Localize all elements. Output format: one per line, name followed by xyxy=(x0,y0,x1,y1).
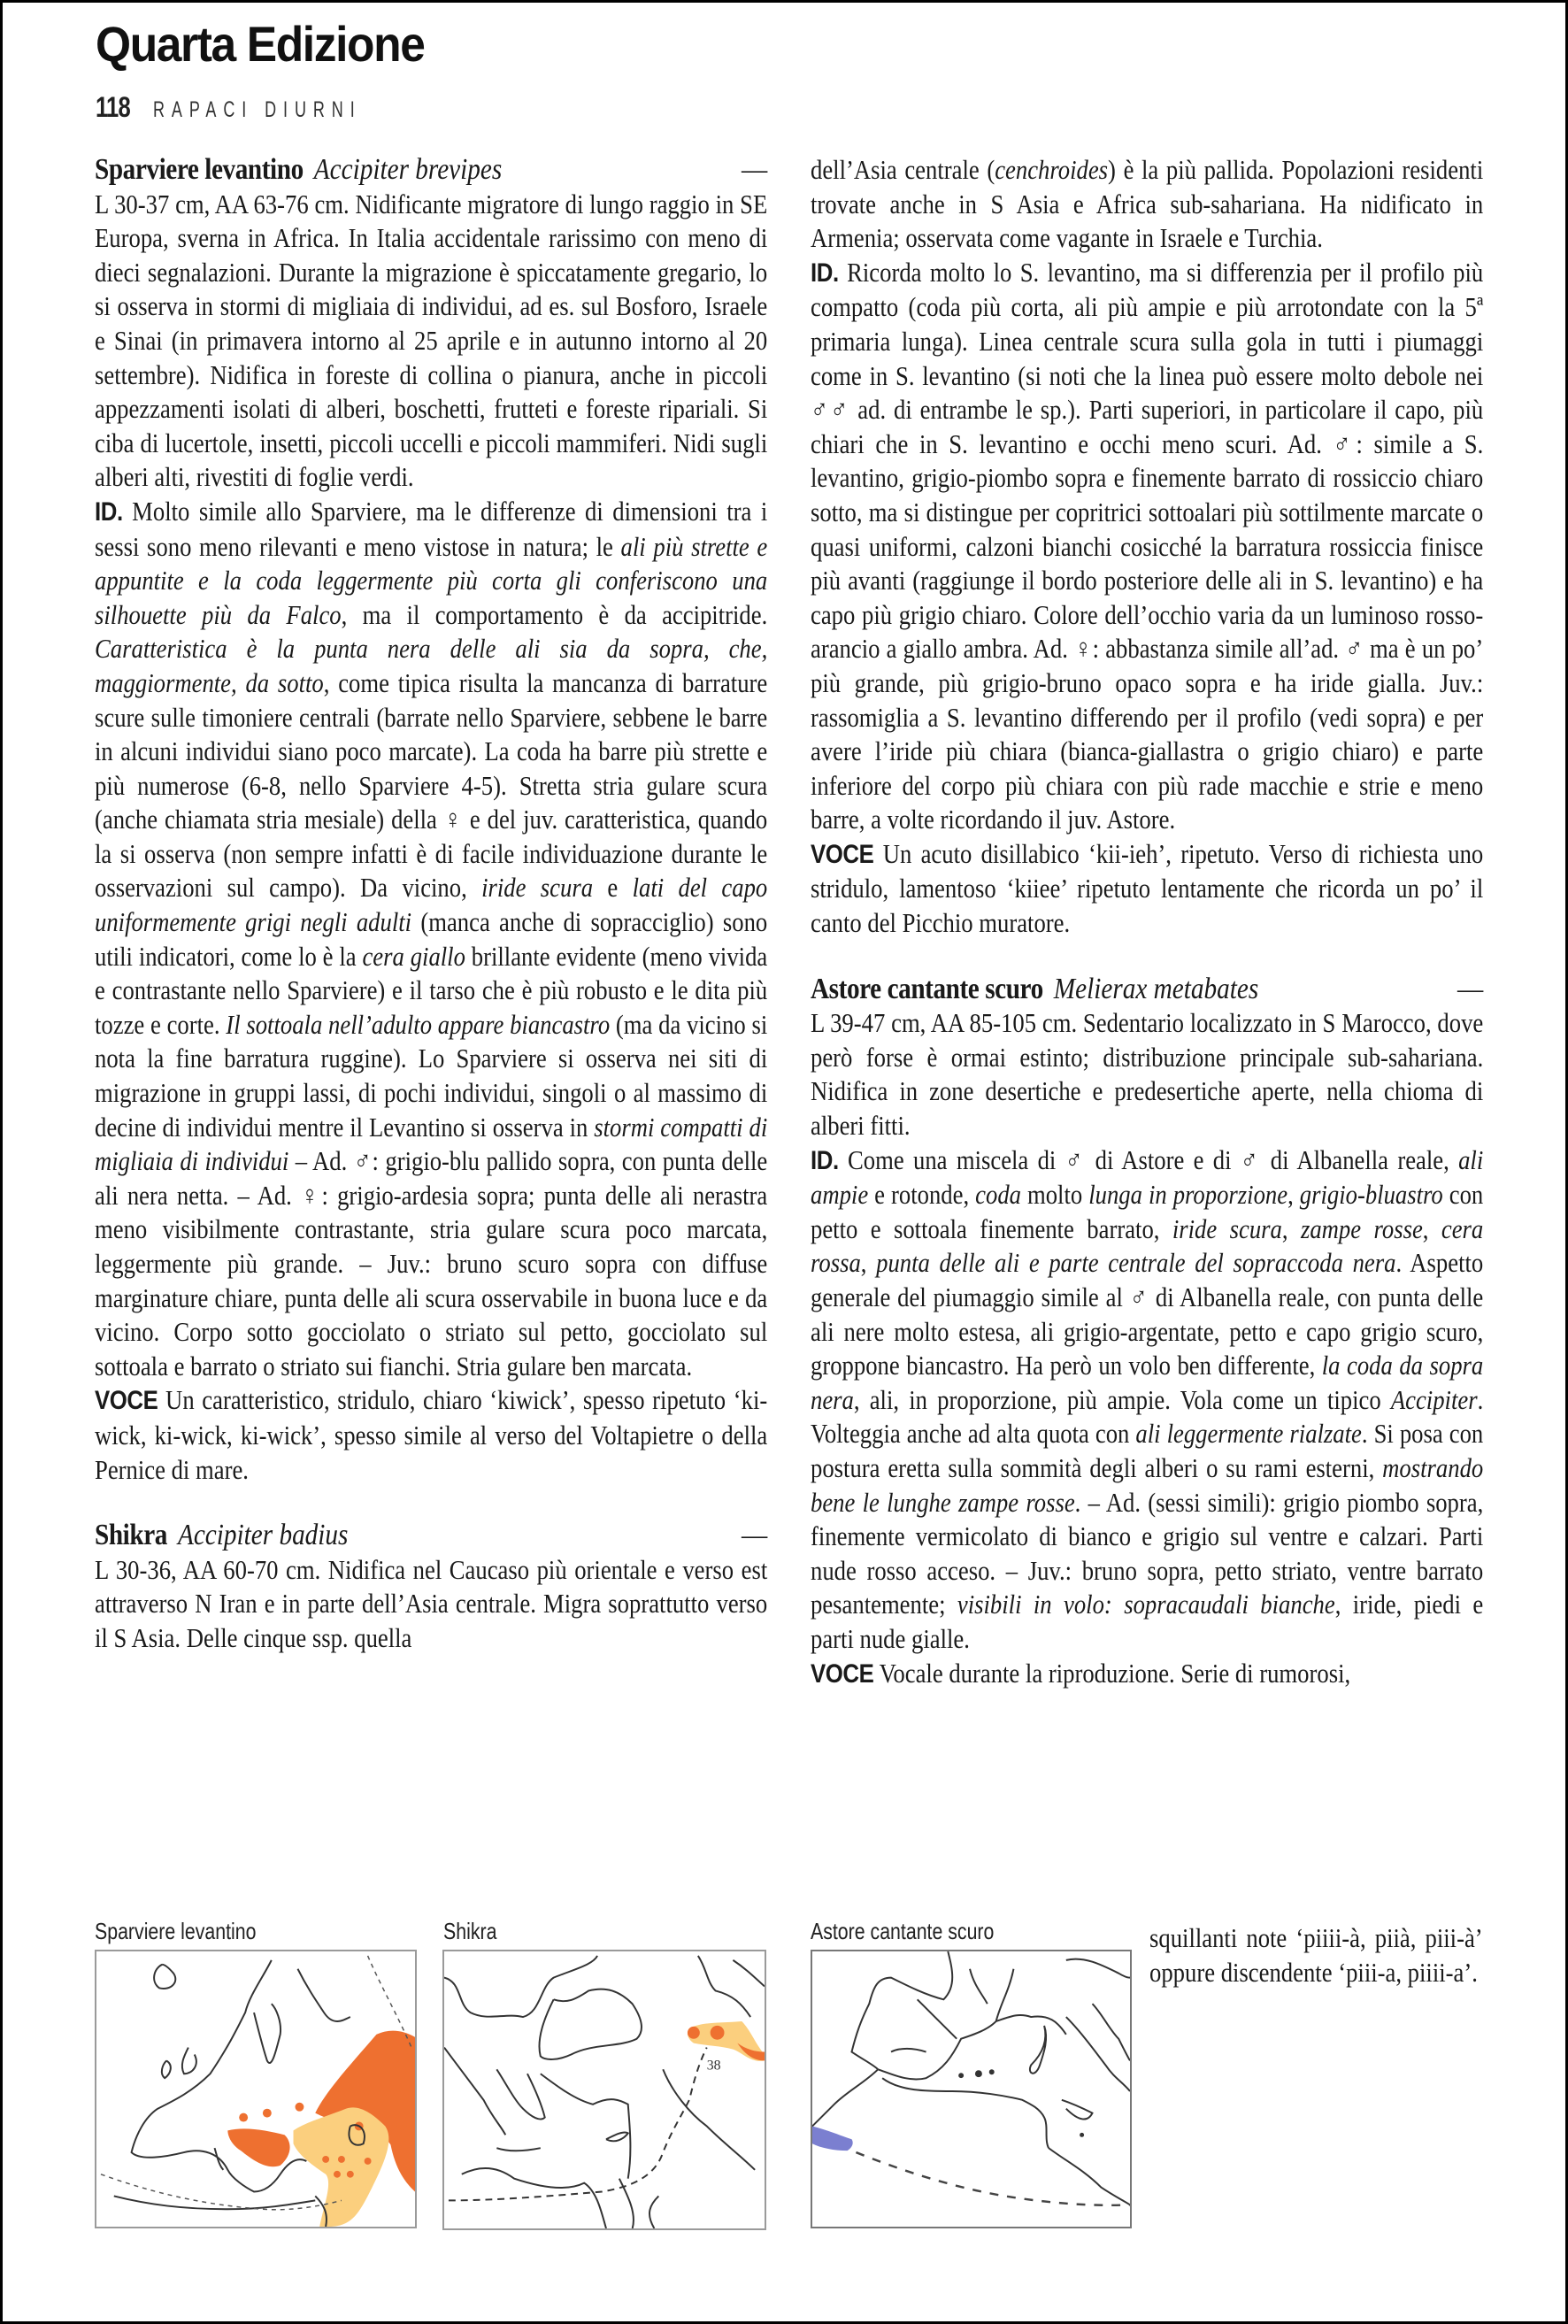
voice-text: Un caratteristico, stridulo, chiaro ‘kiw… xyxy=(95,1384,767,1484)
running-head: 118RAPACI DIURNI xyxy=(96,91,442,127)
mediterranean-map-icon xyxy=(812,1951,1130,2227)
description-text: L 30-36, AA 60-70 cm. Nidifica nel Cauca… xyxy=(95,1554,767,1653)
page-number: 118 xyxy=(96,91,130,124)
species-heading: Astore cantante scuroMelierax metabates … xyxy=(811,973,1483,1007)
species-scientific-name: Melierax metabates xyxy=(1054,973,1258,1005)
right-column: dell’Asia centrale (cenchroides) è la pi… xyxy=(811,153,1483,1691)
voice-label: VOCE xyxy=(95,1386,158,1415)
species-description: L 30-37 cm, AA 63-76 cm. Nidificante mig… xyxy=(95,188,767,495)
voice-label: VOCE xyxy=(811,1659,873,1689)
voice-label: VOCE xyxy=(811,840,873,869)
range-map-sparviere-levantino xyxy=(95,1950,417,2228)
description-continuation: dell’Asia centrale (cenchroides) è la pi… xyxy=(811,154,1483,253)
map-label-shikra: Shikra xyxy=(443,1918,496,1945)
species-common-name: Astore cantante scuro xyxy=(811,973,1043,1005)
species-description-continued: dell’Asia centrale (cenchroides) è la pi… xyxy=(811,153,1483,256)
id-paragraph: ID. Molto simile allo Sparviere, ma le d… xyxy=(95,495,767,1383)
voice-paragraph: VOCE Un acuto disillabico ‘kii-ieh’, rip… xyxy=(811,837,1483,941)
voice-text-continued: squillanti note ‘piiii-à, piià, piii-à’ … xyxy=(1149,1921,1483,1989)
species-scientific-name: Accipiter badius xyxy=(178,1519,348,1551)
status-dash: — xyxy=(742,153,767,188)
species-heading: Sparviere levantinoAccipiter brevipes — xyxy=(95,153,767,188)
id-paragraph: ID. Ricorda molto lo S. levantino, ma si… xyxy=(811,256,1483,837)
species-description: L 30-36, AA 60-70 cm. Nidifica nel Cauca… xyxy=(95,1553,767,1656)
id-text: Come una miscela di ♂ di Astore e di ♂ d… xyxy=(811,1144,1483,1654)
europe-map-icon xyxy=(96,1951,415,2227)
middle-east-map-icon: 38 xyxy=(444,1951,765,2228)
range-map-astore-cantante-scuro xyxy=(811,1950,1132,2228)
voice-text: Vocale durante la riproduzione. Serie di… xyxy=(880,1658,1351,1689)
map-label-sparviere-levantino: Sparviere levantino xyxy=(95,1918,257,1945)
species-description: L 39-47 cm, AA 85-105 cm. Sedentario loc… xyxy=(811,1006,1483,1143)
status-dash: — xyxy=(742,1519,767,1553)
voice-tail-text: squillanti note ‘piiii-à, piià, piii-à’ … xyxy=(1149,1922,1483,1988)
species-heading: ShikraAccipiter badius — xyxy=(95,1519,767,1553)
id-text: Ricorda molto lo S. levantino, ma si dif… xyxy=(811,257,1483,835)
range-map-shikra: 38 xyxy=(442,1950,766,2230)
status-dash: — xyxy=(1457,973,1483,1007)
book-page: Quarta Edizione 118RAPACI DIURNI Sparvie… xyxy=(0,0,1568,2324)
id-paragraph: ID. Come una miscela di ♂ di Astore e di… xyxy=(811,1143,1483,1657)
voice-paragraph: VOCE Vocale durante la riproduzione. Ser… xyxy=(811,1657,1483,1692)
id-text: Molto simile allo Sparviere, ma le diffe… xyxy=(95,496,767,1381)
map-label-astore-cantante-scuro: Astore cantante scuro xyxy=(811,1918,994,1945)
species-common-name: Shikra xyxy=(95,1519,167,1551)
voice-text: Un acuto disillabico ‘kii-ieh’, ripetuto… xyxy=(811,838,1483,938)
voice-paragraph: VOCE Un caratteristico, stridulo, chiaro… xyxy=(95,1383,767,1487)
edition-title: Quarta Edizione xyxy=(96,15,424,73)
id-label: ID. xyxy=(811,1146,839,1175)
id-label: ID. xyxy=(811,258,839,288)
section-title: RAPACI DIURNI xyxy=(153,97,362,123)
left-column: Sparviere levantinoAccipiter brevipes — … xyxy=(95,153,767,1656)
id-label: ID. xyxy=(95,497,123,527)
species-common-name: Sparviere levantino xyxy=(95,153,304,186)
species-scientific-name: Accipiter brevipes xyxy=(314,153,502,186)
svg-text:38: 38 xyxy=(707,2058,721,2073)
